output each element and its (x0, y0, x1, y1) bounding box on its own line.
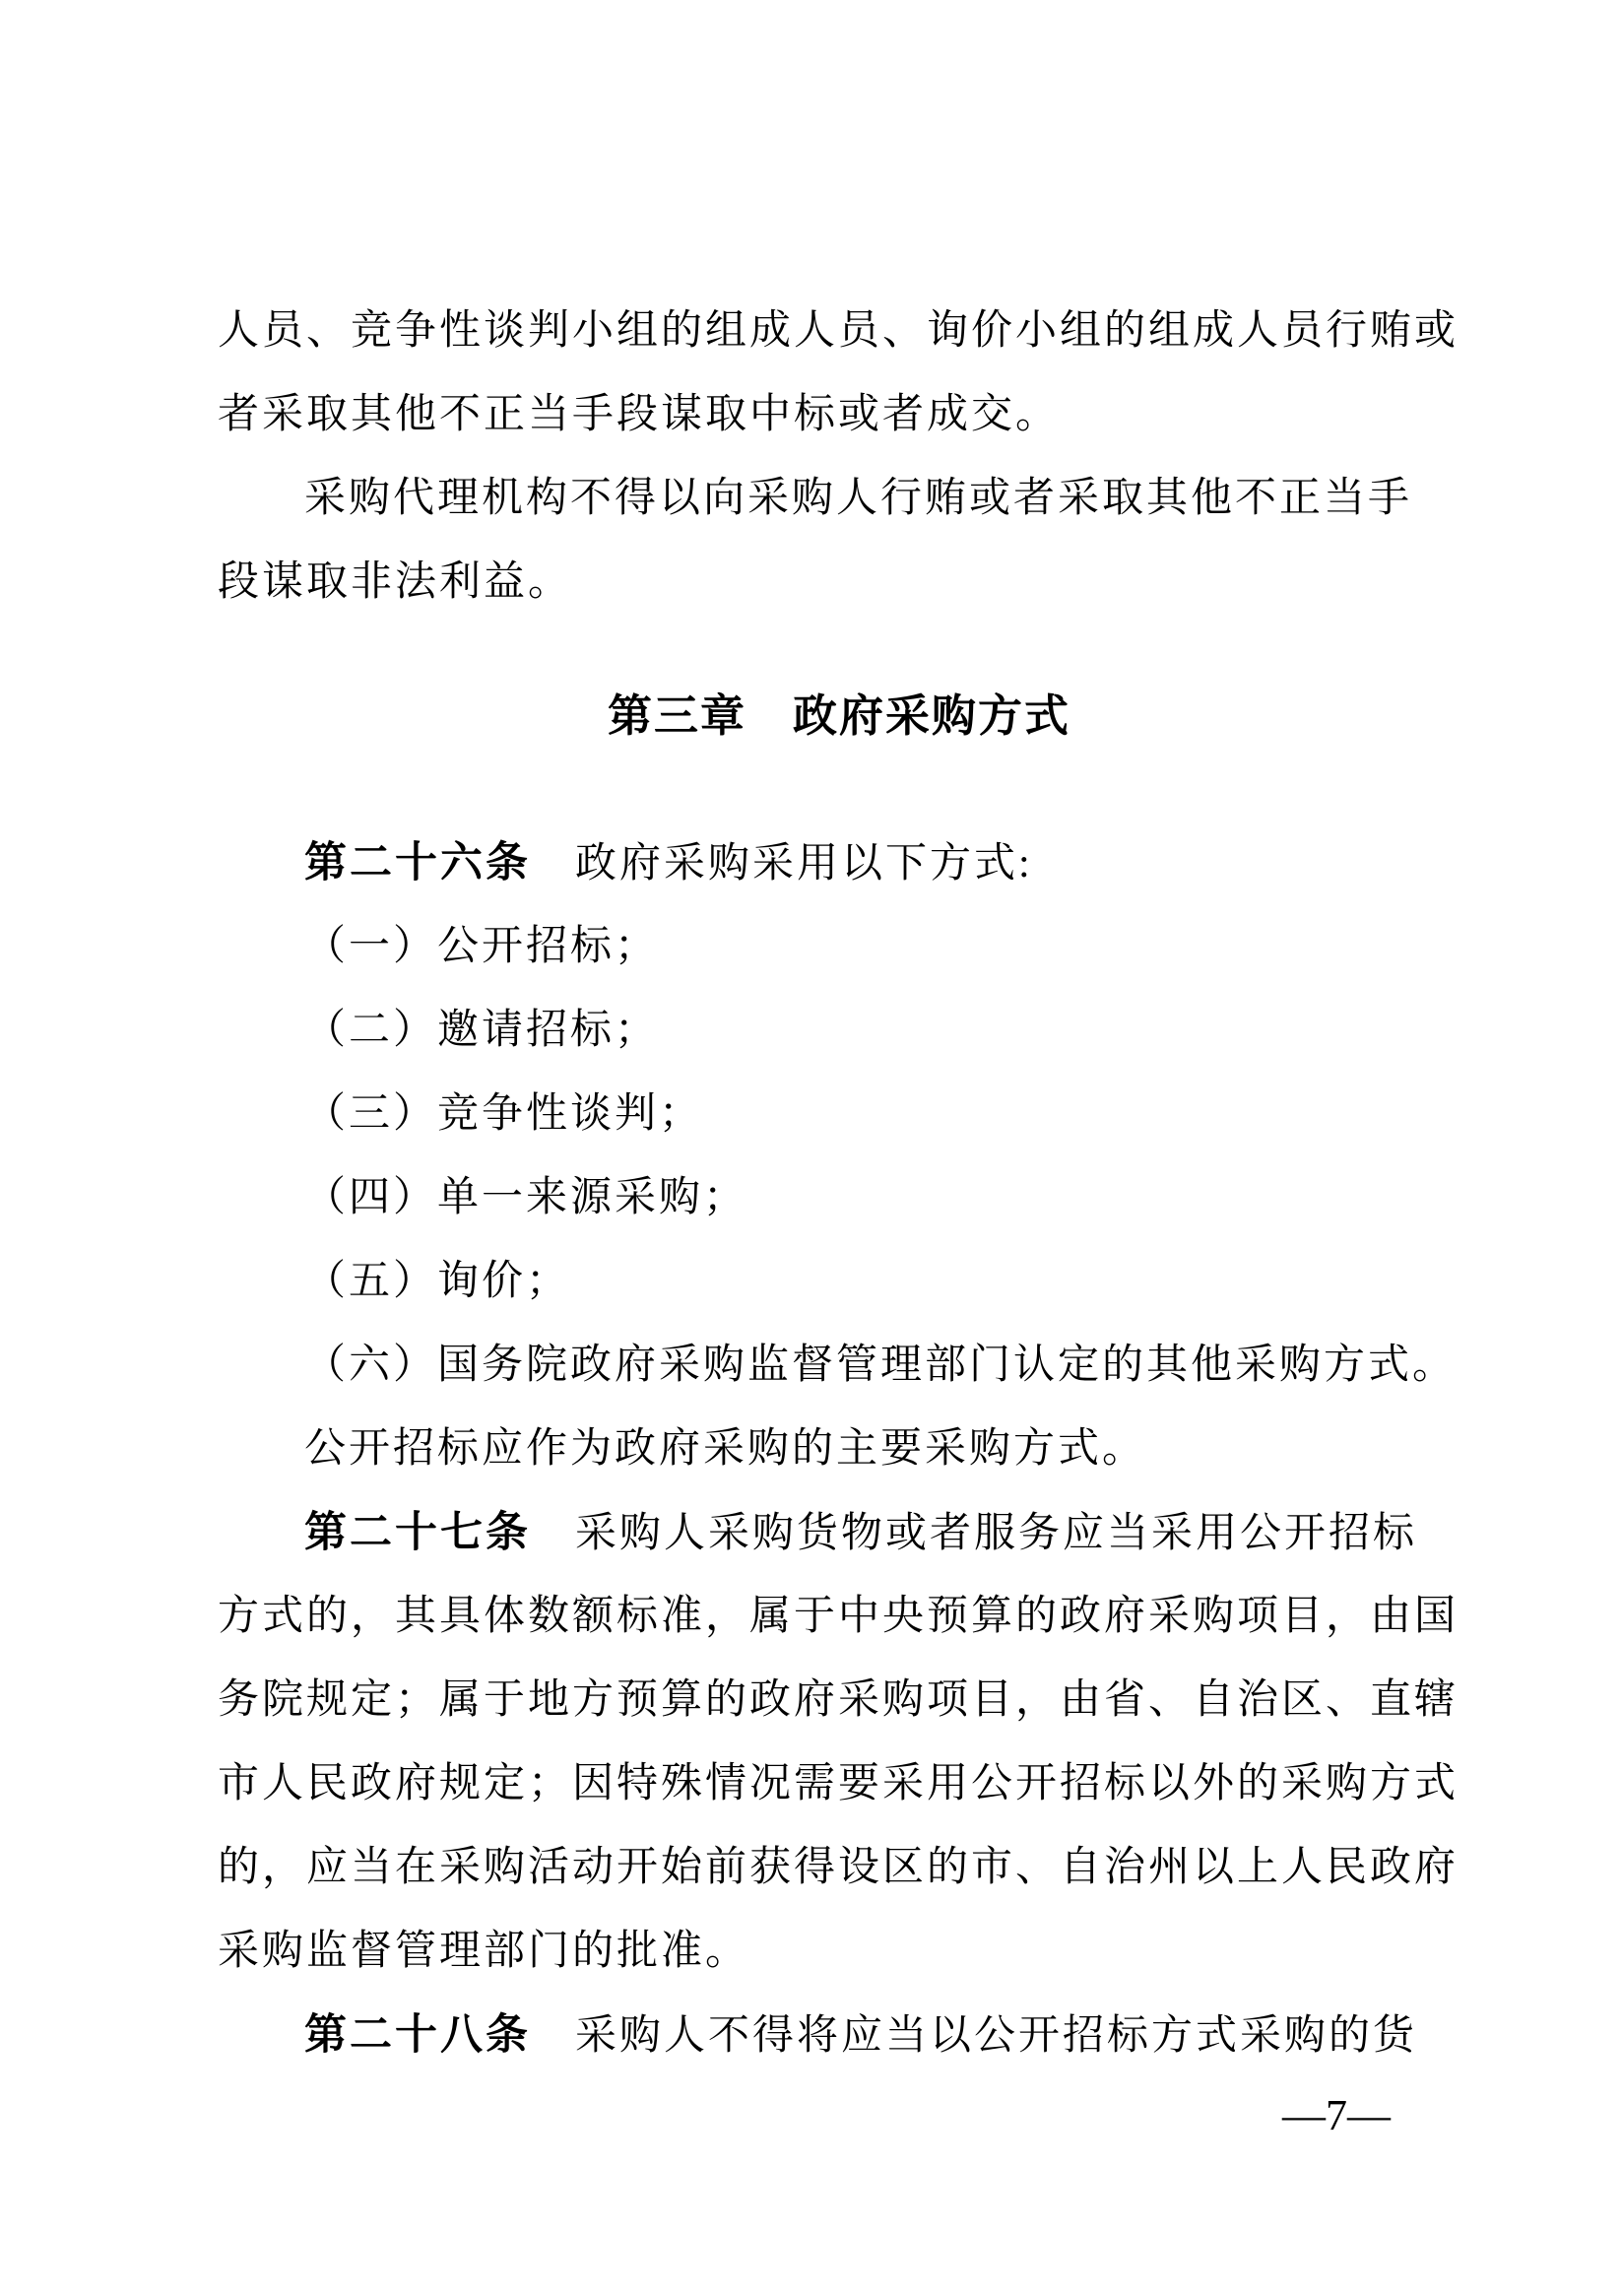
text-column: 人员、竞争性谈判小组的组成人员、询价小组的组成人员行贿或 者采取其他不正当手段谋… (218, 290, 1460, 2077)
body-line: 方式的，其具体数额标准，属于中央预算的政府采购项目，由国 (218, 1575, 1460, 1659)
article-number: 第二十八条 (304, 2011, 531, 2059)
article-text: 采购人不得将应当以公开招标方式采购的货 (531, 2013, 1417, 2059)
body-line: 采购监督管理部门的批准。 (218, 1910, 1460, 1994)
body-line: 段谋取非法利益。 (218, 541, 1460, 624)
document-page: 人员、竞争性谈判小组的组成人员、询价小组的组成人员行贿或 者采取其他不正当手段谋… (0, 0, 1621, 2296)
list-item-line: （五）询价； (218, 1240, 1460, 1324)
article-number: 第二十六条 (304, 839, 531, 886)
list-item-line: （三）竞争性谈判； (218, 1073, 1460, 1156)
body-line: 的，应当在采购活动开始前获得设区的市、自治州以上人民政府 (218, 1826, 1460, 1910)
list-item-line: （六）国务院政府采购监督管理部门认定的其他采购方式。 (218, 1324, 1460, 1408)
article-text: 采购人采购货物或者服务应当采用公开招标 (531, 1511, 1417, 1556)
page-number: —7— (1282, 2092, 1391, 2139)
list-item-line: （一）公开招标； (218, 905, 1460, 989)
article-line: 第二十八条 采购人不得将应当以公开招标方式采购的货 (218, 1994, 1460, 2077)
chapter-heading: 第三章 政府采购方式 (218, 674, 1460, 757)
article-text: 政府采购采用以下方式: (531, 841, 1033, 886)
article-line: 第二十六条 政府采购采用以下方式: (218, 821, 1460, 905)
body-line: 务院规定；属于地方预算的政府采购项目，由省、自治区、直辖 (218, 1659, 1460, 1742)
list-item-line: （二）邀请招标； (218, 989, 1460, 1073)
body-line: 市人民政府规定；因特殊情况需要采用公开招标以外的采购方式 (218, 1742, 1460, 1826)
article-line: 第二十七条 采购人采购货物或者服务应当采用公开招标 (218, 1491, 1460, 1575)
paragraph-start-line: 公开招标应作为政府采购的主要采购方式。 (218, 1408, 1460, 1491)
list-item-line: （四）单一来源采购； (218, 1156, 1460, 1240)
article-number: 第二十七条 (304, 1509, 531, 1556)
body-line: 人员、竞争性谈判小组的组成人员、询价小组的组成人员行贿或 (218, 290, 1460, 373)
body-line: 者采取其他不正当手段谋取中标或者成交。 (218, 373, 1460, 457)
paragraph-start-line: 采购代理机构不得以向采购人行贿或者采取其他不正当手 (218, 457, 1460, 541)
